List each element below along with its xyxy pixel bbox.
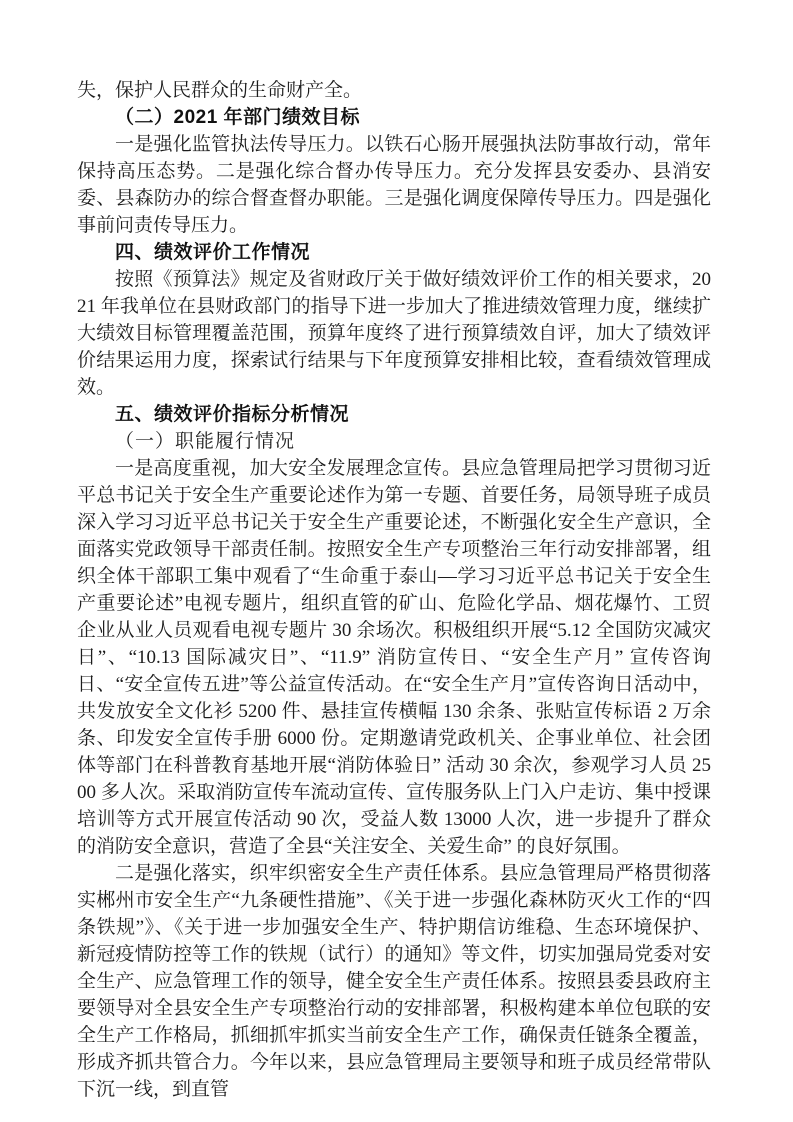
paragraph-responsibility-system: 二是强化落实，织牢织密安全生产责任体系。县应急管理局严格贯彻落实郴州市安全生产“… bbox=[77, 860, 711, 1103]
section-heading-evaluation-work: 四、绩效评价工作情况 bbox=[77, 239, 711, 266]
section-heading-2021-goals: （二）2021 年部门绩效目标 bbox=[77, 104, 711, 131]
paragraph-goals-detail: 一是强化监管执法传导压力。以铁石心肠开展强执法防事故行动，常年保持高压态势。二是… bbox=[77, 131, 711, 239]
subsection-heading-duty-performance: （一）职能履行情况 bbox=[77, 428, 711, 455]
section-heading-indicator-analysis: 五、绩效评价指标分析情况 bbox=[77, 401, 711, 428]
paragraph-continuation: 失，保护人民群众的生命财产全。 bbox=[77, 77, 711, 104]
document-content: 失，保护人民群众的生命财产全。 （二）2021 年部门绩效目标 一是强化监管执法… bbox=[77, 77, 711, 1103]
paragraph-safety-promotion: 一是高度重视，加大安全发展理念宣传。县应急管理局把学习贯彻习近平总书记关于安全生… bbox=[77, 455, 711, 860]
paragraph-evaluation-work: 按照《预算法》规定及省财政厅关于做好绩效评价工作的相关要求，2021 年我单位在… bbox=[77, 266, 711, 401]
document-page: 失，保护人民群众的生命财产全。 （二）2021 年部门绩效目标 一是强化监管执法… bbox=[0, 0, 793, 1122]
